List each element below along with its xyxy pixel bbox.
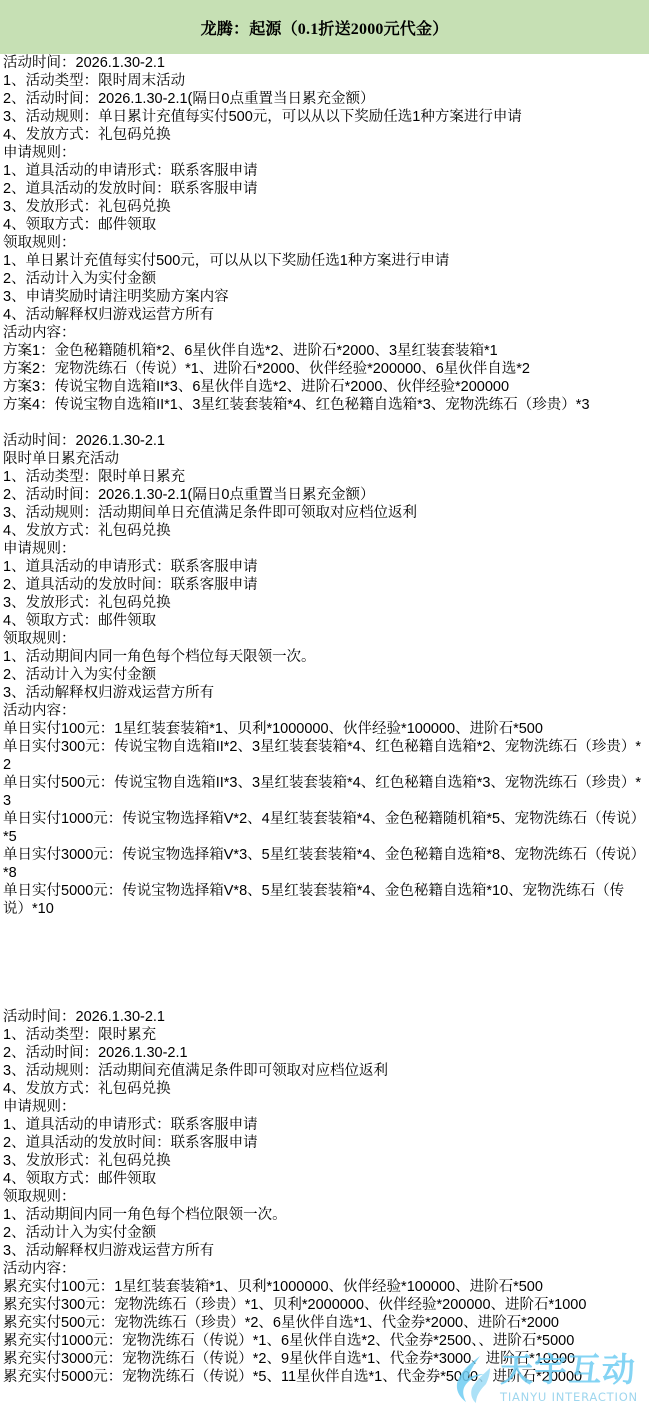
info-item: 3、活动规则：活动期间单日充值满足条件即可领取对应档位返利	[3, 504, 643, 522]
watermark-brand-en: TIANYU INTERACTION	[500, 1391, 638, 1404]
reward-tier-item: 单日实付100元：1星红装套装箱*1、贝利*1000000、伙伴经验*10000…	[3, 720, 643, 738]
apply-rule-item: 3、发放形式：礼包码兑换	[3, 198, 643, 216]
reward-tier-item: 累充实付5000元：宠物洗练石（传说）*5、11星伙伴自选*1、代金券*5000…	[3, 1368, 643, 1386]
reward-plan-item: 方案1：金色秘籍随机箱*2、6星伙伴自选*2、进阶石*2000、3星红装套装箱*…	[3, 342, 643, 360]
info-item: 1、活动类型：限时单日累充	[3, 468, 643, 486]
reward-tier-item: 累充实付3000元：宠物洗练石（传说）*2、9星伙伴自选*1、代金券*3000、…	[3, 1350, 643, 1368]
reward-tier-item: 单日实付300元：传说宝物自选箱II*2、3星红装套装箱*4、红色秘籍自选箱*2…	[3, 738, 643, 774]
reward-tier-item: 累充实付300元：宠物洗练石（珍贵）*1、贝利*2000000、伙伴经验*200…	[3, 1296, 643, 1314]
apply-rule-item: 3、发放形式：礼包码兑换	[3, 1152, 643, 1170]
reward-plan-item: 方案2：宠物洗练石（传说）*1、进阶石*2000、伙伴经验*200000、6星伙…	[3, 360, 643, 378]
info-item: 2、活动时间：2026.1.30-2.1(隔日0点重置当日累充金额）	[3, 90, 643, 108]
activity-time: 活动时间：2026.1.30-2.1	[3, 432, 643, 450]
apply-rule-item: 4、领取方式：邮件领取	[3, 1170, 643, 1188]
apply-rule-item: 3、发放形式：礼包码兑换	[3, 594, 643, 612]
apply-rule-item: 1、道具活动的申请形式：联系客服申请	[3, 558, 643, 576]
info-item: 2、活动时间：2026.1.30-2.1(隔日0点重置当日累充金额）	[3, 486, 643, 504]
activity-time: 活动时间：2026.1.30-2.1	[3, 54, 643, 72]
content-heading: 活动内容：	[3, 324, 643, 342]
apply-rule-item: 4、领取方式：邮件领取	[3, 216, 643, 234]
claim-rule-item: 3、申请奖励时请注明奖励方案内容	[3, 288, 643, 306]
apply-rules-heading: 申请规则：	[3, 144, 643, 162]
claim-rule-item: 1、活动期间内同一角色每个档位限领一次。	[3, 1206, 643, 1224]
section-weekend-activity: 活动时间：2026.1.30-2.1 1、活动类型：限时周末活动 2、活动时间：…	[3, 54, 643, 414]
info-item: 4、发放方式：礼包码兑换	[3, 1080, 643, 1098]
reward-tier-item: 单日实付3000元：传说宝物选择箱V*3、5星红装套装箱*4、金色秘籍自选箱*8…	[3, 846, 643, 882]
header-banner: 龙腾：起源（0.1折送2000元代金）	[0, 0, 649, 54]
reward-tier-item: 单日实付500元：传说宝物自选箱II*3、3星红装套装箱*4、红色秘籍自选箱*3…	[3, 774, 643, 810]
apply-rules-heading: 申请规则：	[3, 540, 643, 558]
reward-tier-item: 单日实付5000元：传说宝物选择箱V*8、5星红装套装箱*4、金色秘籍自选箱*1…	[3, 882, 643, 918]
section-cumulative-recharge: 活动时间：2026.1.30-2.1 1、活动类型：限时累充 2、活动时间：20…	[3, 1008, 643, 1386]
apply-rule-item: 2、道具活动的发放时间：联系客服申请	[3, 1134, 643, 1152]
info-item: 3、活动规则：活动期间充值满足条件即可领取对应档位返利	[3, 1062, 643, 1080]
activity-time: 活动时间：2026.1.30-2.1	[3, 1008, 643, 1026]
claim-rule-item: 3、活动解释权归游戏运营方所有	[3, 684, 643, 702]
info-item: 3、活动规则：单日累计充值每实付500元，可以从以下奖励任选1种方案进行申请	[3, 108, 643, 126]
spacer	[3, 414, 643, 432]
page-title: 龙腾：起源（0.1折送2000元代金）	[201, 16, 449, 39]
claim-rule-item: 2、活动计入为实付金额	[3, 666, 643, 684]
apply-rule-item: 1、道具活动的申请形式：联系客服申请	[3, 1116, 643, 1134]
claim-rules-heading: 领取规则：	[3, 1188, 643, 1206]
info-item: 2、活动时间：2026.1.30-2.1	[3, 1044, 643, 1062]
reward-plan-item: 方案4：传说宝物自选箱II*1、3星红装套装箱*4、红色秘籍自选箱*3、宠物洗练…	[3, 396, 643, 414]
info-item: 1、活动类型：限时累充	[3, 1026, 643, 1044]
section-daily-recharge: 活动时间：2026.1.30-2.1 限时单日累充活动 1、活动类型：限时单日累…	[3, 432, 643, 918]
reward-tier-item: 累充实付100元：1星红装套装箱*1、贝利*1000000、伙伴经验*10000…	[3, 1278, 643, 1296]
info-item: 4、发放方式：礼包码兑换	[3, 522, 643, 540]
reward-tier-item: 单日实付1000元：传说宝物选择箱V*2、4星红装套装箱*4、金色秘籍随机箱*5…	[3, 810, 643, 846]
claim-rule-item: 2、活动计入为实付金额	[3, 1224, 643, 1242]
reward-tier-item: 累充实付1000元：宠物洗练石（传说）*1、6星伙伴自选*2、代金券*2500、…	[3, 1332, 643, 1350]
apply-rule-item: 4、领取方式：邮件领取	[3, 612, 643, 630]
content-heading: 活动内容：	[3, 1260, 643, 1278]
apply-rules-heading: 申请规则：	[3, 1098, 643, 1116]
claim-rule-item: 3、活动解释权归游戏运营方所有	[3, 1242, 643, 1260]
info-item: 1、活动类型：限时周末活动	[3, 72, 643, 90]
spacer	[3, 918, 643, 1008]
claim-rules-heading: 领取规则：	[3, 630, 643, 648]
claim-rule-item: 1、单日累计充值每实付500元，可以从以下奖励任选1种方案进行申请	[3, 252, 643, 270]
reward-tier-item: 累充实付500元：宠物洗练石（珍贵）*2、6星伙伴自选*1、代金券*2000、进…	[3, 1314, 643, 1332]
apply-rule-item: 2、道具活动的发放时间：联系客服申请	[3, 180, 643, 198]
claim-rule-item: 4、活动解释权归游戏运营方所有	[3, 306, 643, 324]
content-heading: 活动内容：	[3, 702, 643, 720]
claim-rules-heading: 领取规则：	[3, 234, 643, 252]
apply-rule-item: 1、道具活动的申请形式：联系客服申请	[3, 162, 643, 180]
claim-rule-item: 1、活动期间内同一角色每个档位每天限领一次。	[3, 648, 643, 666]
claim-rule-item: 2、活动计入为实付金额	[3, 270, 643, 288]
info-item: 4、发放方式：礼包码兑换	[3, 126, 643, 144]
document-body: 活动时间：2026.1.30-2.1 1、活动类型：限时周末活动 2、活动时间：…	[0, 54, 643, 1386]
apply-rule-item: 2、道具活动的发放时间：联系客服申请	[3, 576, 643, 594]
section-subtitle: 限时单日累充活动	[3, 450, 643, 468]
reward-plan-item: 方案3：传说宝物自选箱II*3、6星伙伴自选*2、进阶石*2000、伙伴经验*2…	[3, 378, 643, 396]
